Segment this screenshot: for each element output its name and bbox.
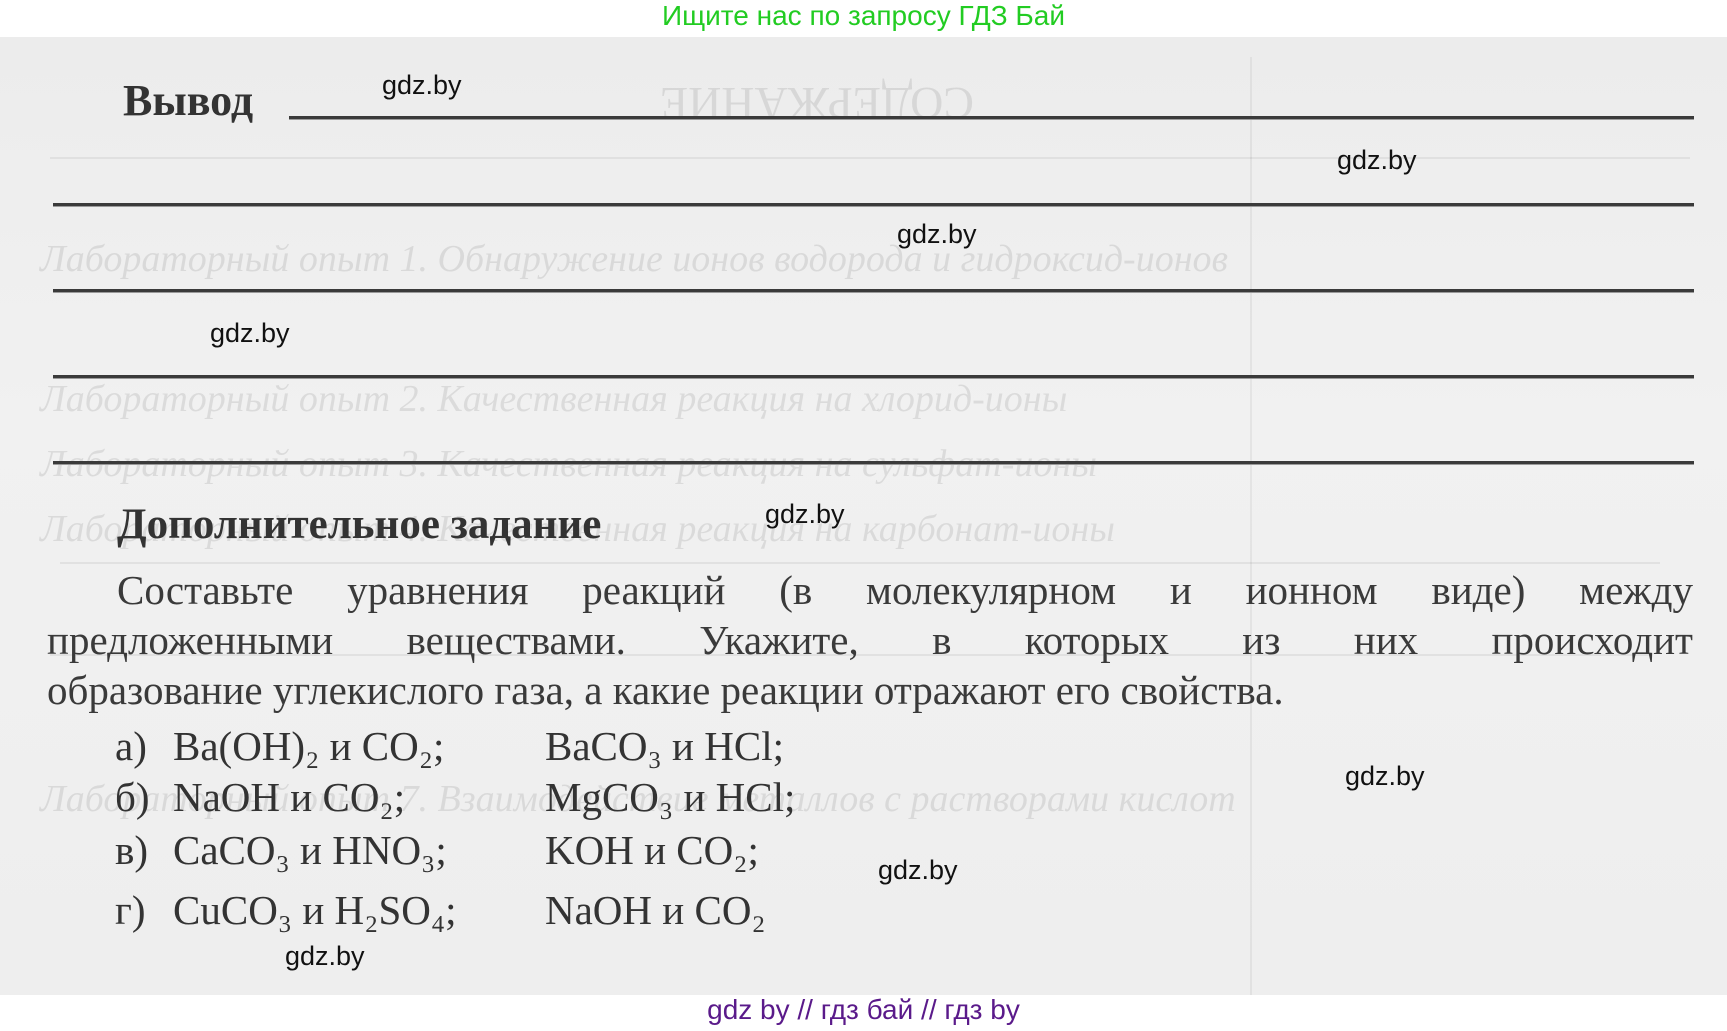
ghost-column-divider — [1250, 57, 1252, 995]
reaction-pair-g: г)CuCO₃ и H₂SO₄;NaOH и CO₂ — [115, 886, 457, 934]
conclusion-title: Вывод — [123, 75, 253, 126]
answer-line — [53, 203, 1694, 207]
word: газа, — [494, 665, 584, 715]
task-paragraph-line: Составьтеуравненияреакций(вмолекулярноми… — [47, 565, 1693, 615]
word: а — [584, 665, 612, 715]
ghost-toc-title: СОДЕРЖАНИЕ — [660, 77, 974, 130]
pair-label: а) — [115, 722, 173, 770]
task-paragraph-line: образование углекислого газа, а какие ре… — [47, 665, 1693, 715]
word: Укажите, — [699, 615, 859, 665]
scanned-page: СОДЕРЖАНИЕ Лабораторный опыт 1. Обнаруже… — [0, 37, 1727, 995]
word: происходит — [1491, 615, 1693, 665]
ghost-rule — [50, 157, 1690, 159]
reaction-pair-b: б)NaOH и CO₂;MgCO₃ и HCl; — [115, 773, 405, 821]
word: ионном — [1246, 565, 1378, 615]
task-paragraph-line: предложеннымивеществами.Укажите,вкоторых… — [47, 615, 1693, 665]
pair-second: BaCO₃ и HCl; — [545, 722, 784, 770]
ghost-toc-entry: Лабораторный опыт 1. Обнаружение ионов в… — [40, 237, 1228, 281]
word: молекулярном — [866, 565, 1116, 615]
watermark: gdz.by — [210, 318, 290, 349]
word: которых — [1025, 615, 1169, 665]
pair-first: CaCO₃ и HNO₃; — [173, 826, 447, 874]
word: Составьте — [117, 565, 293, 615]
word: какие — [613, 665, 721, 715]
word: образование — [47, 665, 273, 715]
watermark: gdz.by — [765, 499, 845, 530]
word: (в — [779, 565, 812, 615]
word: веществами. — [407, 615, 626, 665]
extra-task-title: Дополнительное задание — [117, 500, 601, 549]
pair-first: Ba(OH)₂ и CO₂; — [173, 722, 444, 770]
pair-second: NaOH и CO₂ — [545, 886, 766, 934]
footer-text: gdz by // гдз бай // гдз by — [707, 994, 1020, 1025]
ghost-toc-entry: Лабораторный опыт 2. Качественная реакци… — [40, 377, 1067, 421]
answer-line — [53, 289, 1694, 293]
word: между — [1579, 565, 1693, 615]
watermark: gdz.by — [1337, 145, 1417, 176]
answer-line — [289, 116, 1694, 120]
word: реакции — [721, 665, 874, 715]
word: предложенными — [47, 615, 333, 665]
ghost-rule — [60, 562, 1660, 564]
word: в — [932, 615, 951, 665]
word: свойства. — [1121, 665, 1284, 715]
pair-second: KOH и CO₂; — [545, 826, 759, 874]
pair-first: CuCO₃ и H₂SO₄; — [173, 886, 457, 934]
word: и — [1170, 565, 1192, 615]
watermark: gdz.by — [382, 70, 462, 101]
task-paragraph: Составьтеуравненияреакций(вмолекулярноми… — [47, 565, 1693, 715]
pair-first: NaOH и CO₂; — [173, 773, 405, 821]
pair-second: MgCO₃ и HCl; — [545, 773, 795, 821]
word: отражают — [874, 665, 1056, 715]
watermark: gdz.by — [1345, 761, 1425, 792]
word: виде) — [1431, 565, 1525, 615]
word: из — [1242, 615, 1280, 665]
word: реакций — [582, 565, 725, 615]
watermark: gdz.by — [897, 219, 977, 250]
word: углекислого — [273, 665, 494, 715]
word: его — [1056, 665, 1121, 715]
reaction-pair-v: в)CaCO₃ и HNO₃;KOH и CO₂; — [115, 826, 447, 874]
promo-banner: Ищите нас по запросу ГДЗ Бай — [0, 0, 1727, 37]
word: них — [1354, 615, 1418, 665]
pair-label: г) — [115, 886, 173, 934]
reaction-pair-a: а)Ba(OH)₂ и CO₂;BaCO₃ и HCl; — [115, 722, 444, 770]
footer-banner: gdz by // гдз бай // гдз by — [0, 995, 1727, 1031]
pair-label: б) — [115, 773, 173, 821]
answer-line — [53, 461, 1694, 465]
pair-label: в) — [115, 826, 173, 874]
promo-banner-text: Ищите нас по запросу ГДЗ Бай — [662, 0, 1065, 31]
watermark: gdz.by — [878, 855, 958, 886]
word: уравнения — [347, 565, 528, 615]
answer-line — [53, 375, 1694, 379]
watermark: gdz.by — [285, 941, 365, 972]
